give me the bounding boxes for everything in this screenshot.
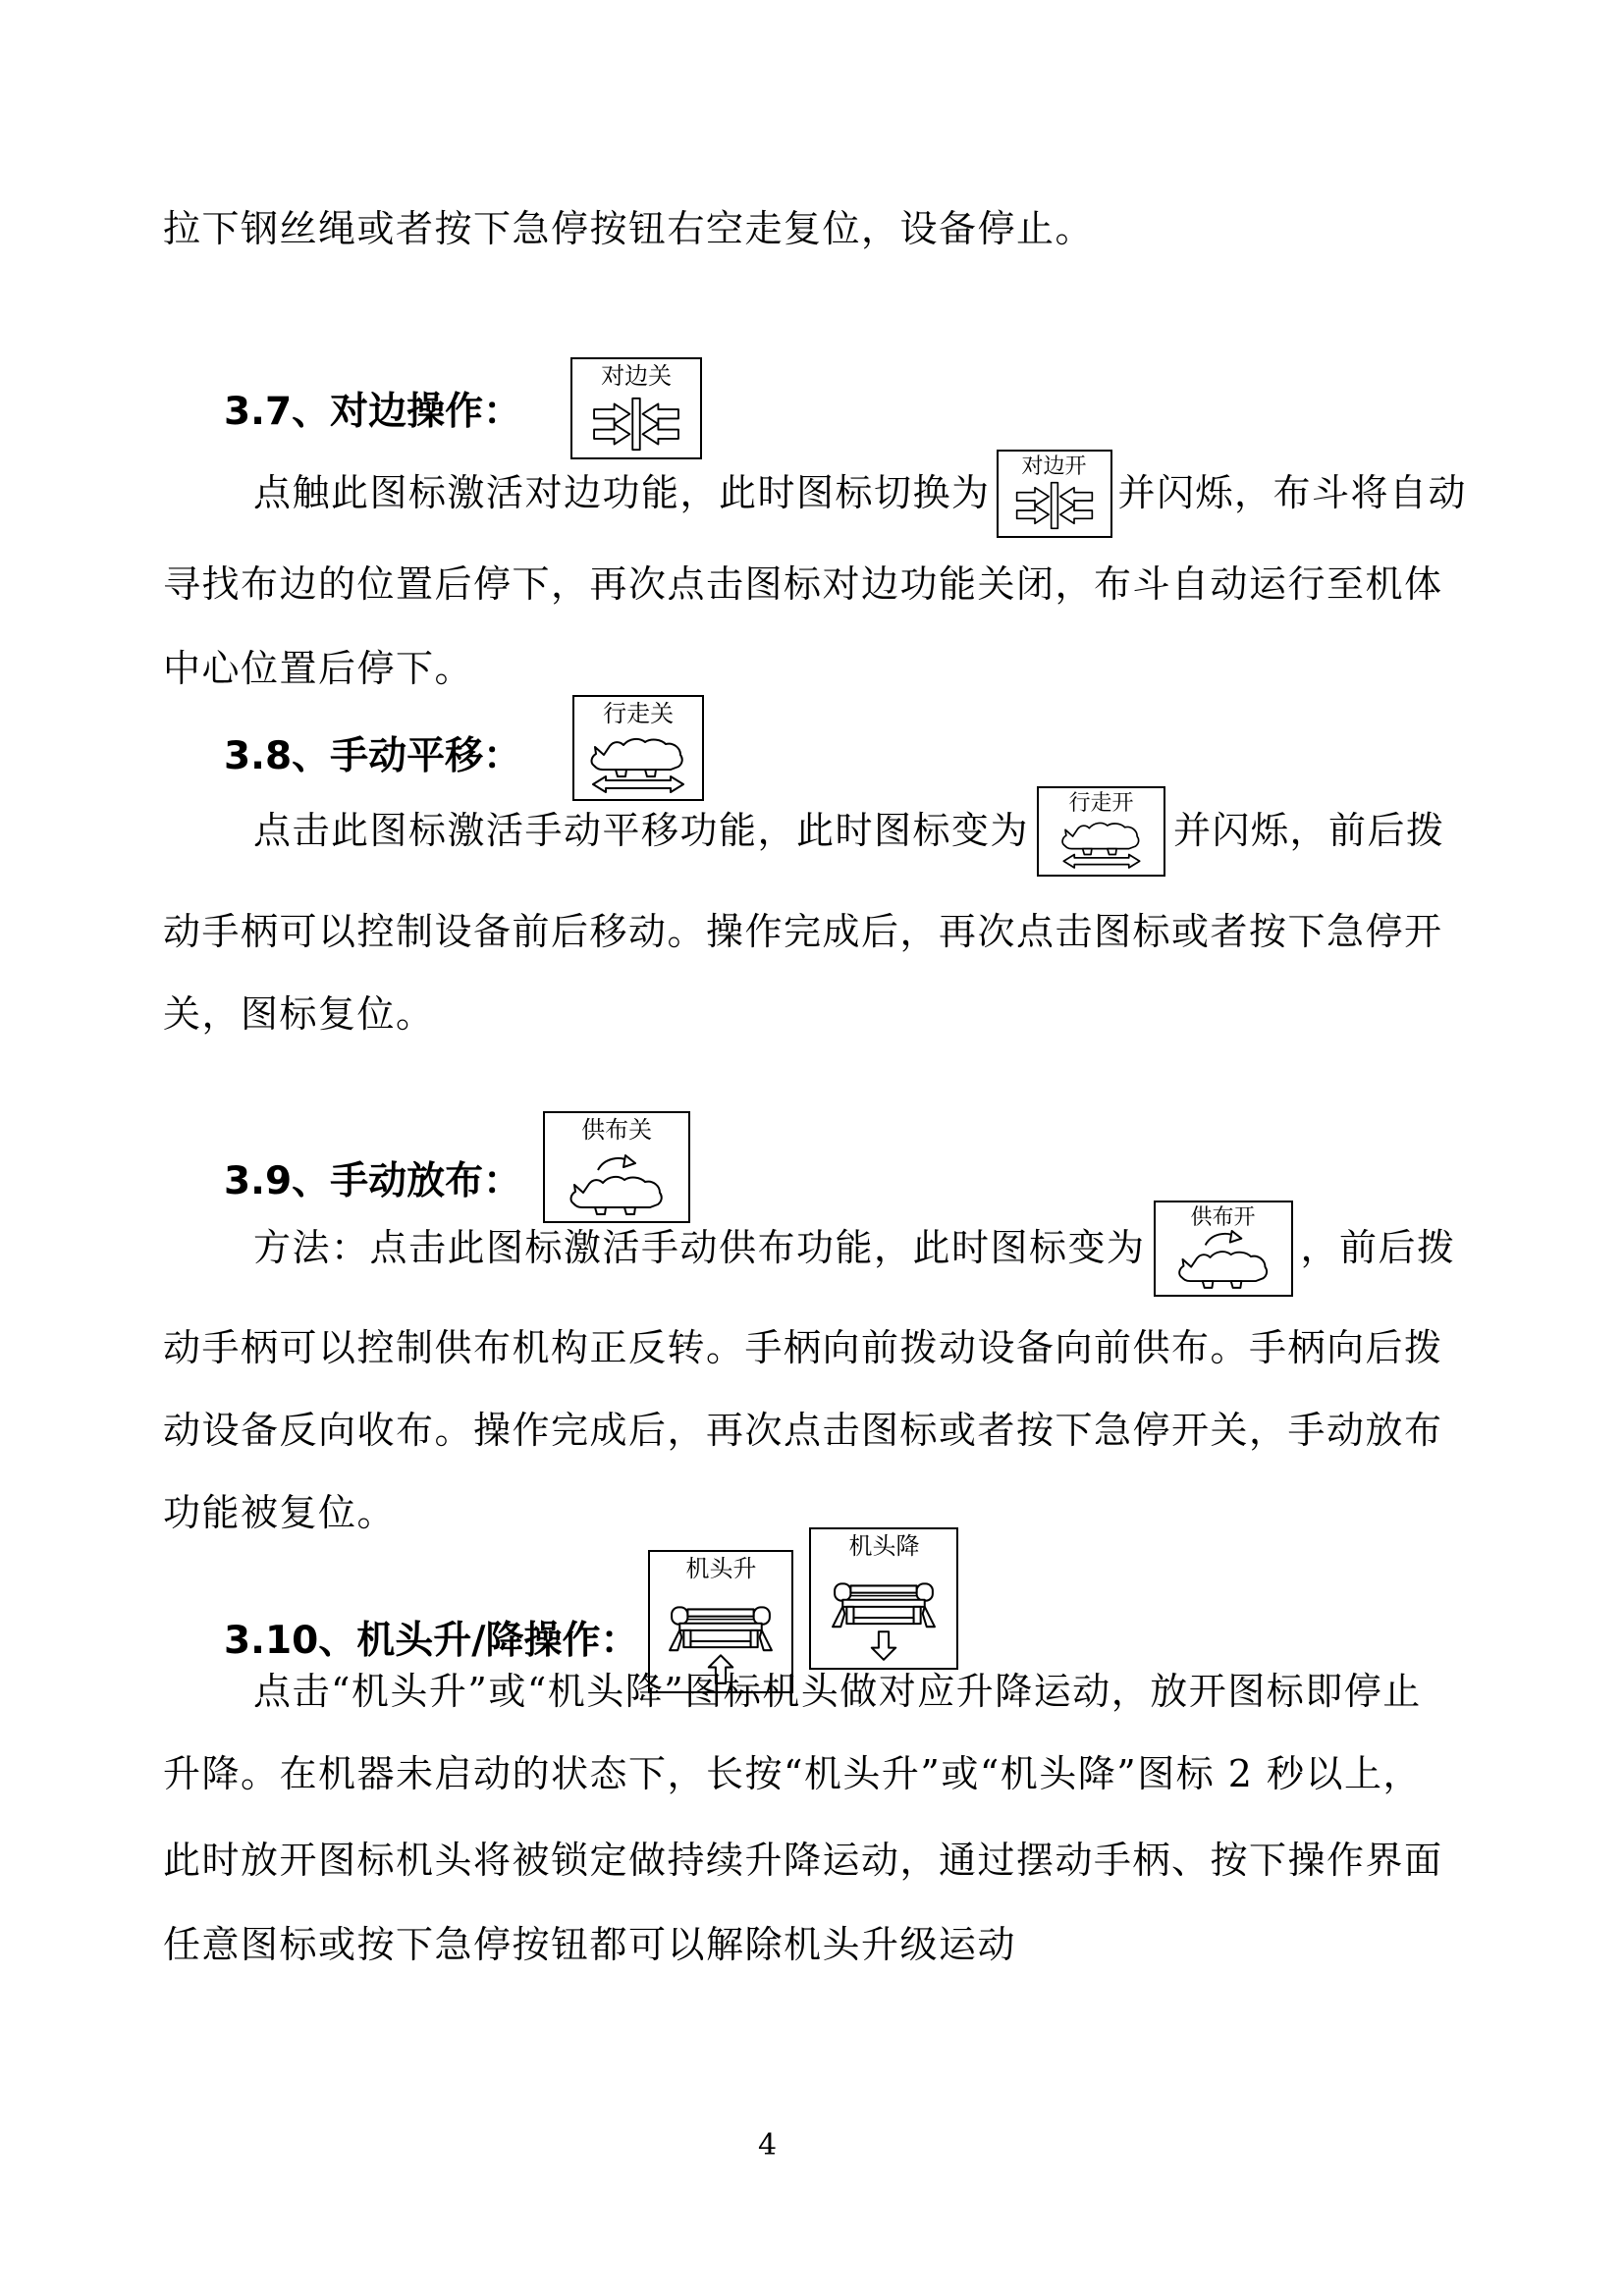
text-run: 点击此图标激活手动平移功能，此时图标变为 (253, 810, 1029, 853)
manual-page: 拉下钢丝绳或者按下急停按钮右空走复位，设备停止。 3.7、对边操作： 对边关 点… (0, 0, 1624, 2296)
section-3-8-heading: 3.8、手动平移： (224, 725, 521, 780)
cloth-feed-on-icon-box: 供布开 (1154, 1201, 1293, 1297)
section-3-8-line-3: 关，图标复位。 (163, 993, 435, 1037)
text-run: 并闪烁，前后拨 (1173, 810, 1445, 853)
machine-travel-icon (587, 730, 689, 793)
text-run: 方法：点击此图标激活手动供布功能，此时图标变为 (253, 1227, 1146, 1270)
edge-align-icon (588, 397, 684, 452)
text-run: ，前后拨 (1301, 1227, 1456, 1270)
intro-paragraph: 拉下钢丝绳或者按下急停按钮右空走复位，设备停止。 (163, 208, 1094, 251)
machine-travel-icon (1053, 816, 1151, 869)
head-down-icon-box: 机头降 (809, 1527, 958, 1670)
section-3-9-line-1: 方法：点击此图标激活手动供布功能，此时图标变为 供布开 ，前后拨 (253, 1200, 1456, 1298)
head-down-icon-label: 机头降 (848, 1533, 919, 1559)
section-3-9-line-2: 动手柄可以控制供布机构正反转。手柄向前拨动设备向前供布。手柄向后拨 (163, 1327, 1443, 1370)
section-3-8-line-1: 点击此图标激活手动平移功能，此时图标变为 行走开 并闪烁，前后拨 (253, 785, 1445, 878)
edge-align-off-icon-label: 对边关 (601, 363, 672, 389)
travel-off-icon-label: 行走关 (603, 701, 674, 726)
section-3-7-line-1: 点触此图标激活对边功能，此时图标切换为 对边开 并闪烁，布斗将自动 (253, 448, 1467, 540)
text-run: 点触此图标激活对边功能，此时图标切换为 (253, 472, 991, 515)
machine-feed-icon (1171, 1230, 1275, 1289)
cloth-feed-off-icon-label: 供布关 (581, 1117, 652, 1143)
head-up-icon-label: 机头升 (685, 1556, 756, 1581)
section-3-10-line-4: 任意图标或按下急停按钮都可以解除机头升级运动 (163, 1924, 1016, 1967)
section-3-9-heading: 3.9、手动放布： (224, 1150, 521, 1205)
section-3-9-line-3: 动设备反向收布。操作完成后，再次点击图标或者按下急停开关，手动放布 (163, 1410, 1443, 1453)
section-3-10-heading: 3.10、机头升/降操作： (224, 1610, 638, 1665)
travel-on-icon-box: 行走开 (1037, 786, 1165, 877)
edge-align-off-icon-box: 对边关 (570, 357, 702, 459)
section-3-7-line-2: 寻找布边的位置后停下，再次点击图标对边功能关闭，布斗自动运行至机体 (163, 563, 1443, 607)
section-3-7-line-3: 中心位置后停下。 (163, 648, 473, 691)
section-3-8-line-2: 动手柄可以控制设备前后移动。操作完成后，再次点击图标或者按下急停开 (163, 911, 1443, 954)
text-run: 并闪烁，布斗将自动 (1118, 472, 1468, 515)
page-number: 4 (758, 2128, 777, 2163)
section-3-10-line-1: 点击“机头升”或“机头降”图标机头做对应升降运动，放开图标即停止 (253, 1671, 1422, 1714)
head-down-icon (829, 1570, 939, 1662)
edge-align-on-icon-label: 对边开 (1022, 455, 1087, 479)
edge-align-icon (1011, 481, 1098, 530)
section-3-7-heading: 3.7、对边操作： (224, 381, 521, 436)
section-3-10-line-3: 此时放开图标机头将被锁定做持续升降运动，通过摆动手柄、按下操作界面 (163, 1840, 1443, 1883)
cloth-feed-on-icon-label: 供布开 (1191, 1206, 1256, 1230)
travel-on-icon-label: 行走开 (1069, 792, 1134, 816)
section-3-10-heading-row: 3.10、机头升/降操作： 机头升 机头降 (224, 1527, 958, 1692)
edge-align-on-icon-box: 对边开 (997, 450, 1112, 538)
section-3-10-line-2: 升降。在机器未启动的状态下，长按“机头升”或“机头降”图标 2 秒以上， (163, 1753, 1422, 1796)
